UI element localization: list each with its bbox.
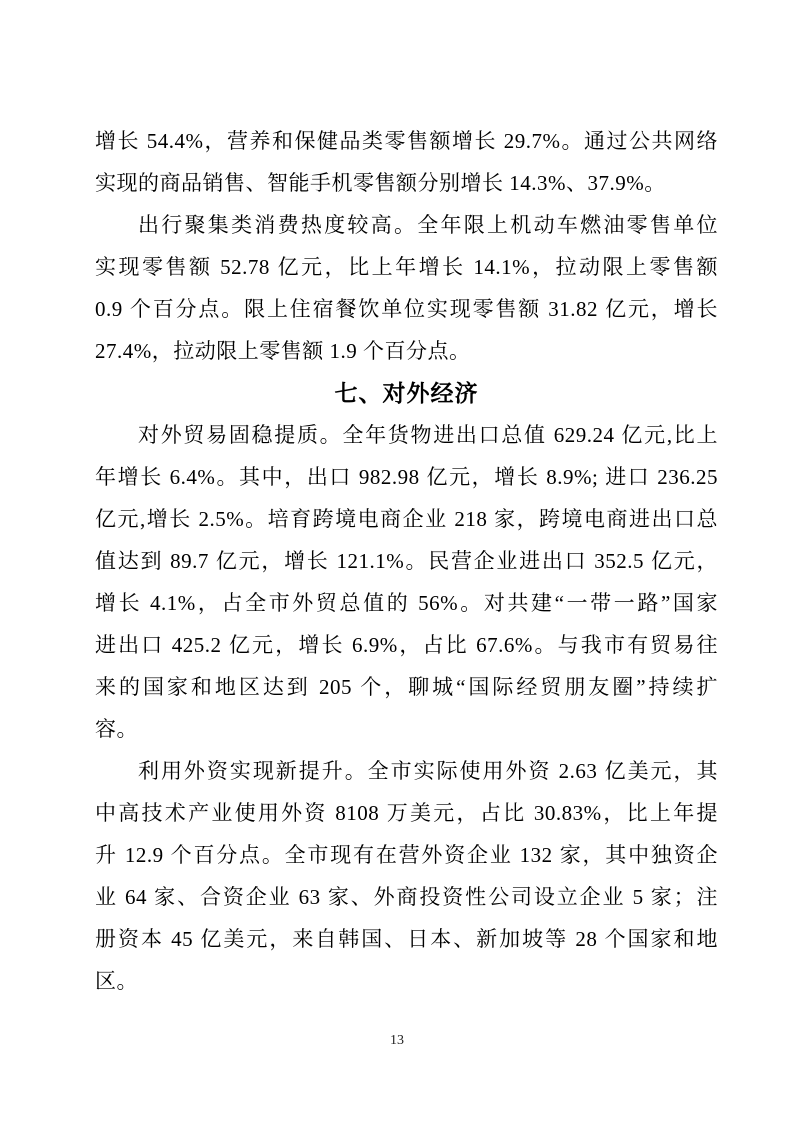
body-text-line: 年增长 6.4%。其中，出口 982.98 亿元，增长 8.9%; 进口 236… [95, 456, 718, 498]
body-text-line: 中高技术产业使用外资 8108 万美元，占比 30.83%，比上年提 [95, 792, 718, 834]
body-text-line: 来的国家和地区达到 205 个，聊城“国际经贸朋友圈”持续扩 [95, 666, 718, 708]
body-text-line: 对外贸易固稳提质。全年货物进出口总值 629.24 亿元,比上 [95, 414, 718, 456]
body-text-line: 27.4%，拉动限上零售额 1.9 个百分点。 [95, 330, 718, 372]
body-text-line: 容。 [95, 708, 718, 750]
body-text-line: 业 64 家、合资企业 63 家、外商投资性公司设立企业 5 家；注 [95, 876, 718, 918]
body-text-line: 值达到 89.7 亿元，增长 121.1%。民营企业进出口 352.5 亿元， [95, 540, 718, 582]
body-text-line: 升 12.9 个百分点。全市现有在营外资企业 132 家，其中独资企 [95, 834, 718, 876]
document-page: 增长 54.4%，营养和保健品类零售额增长 29.7%。通过公共网络 实现的商品… [0, 0, 794, 1123]
body-text-line: 册资本 45 亿美元，来自韩国、日本、新加坡等 28 个国家和地 [95, 918, 718, 960]
page-number: 13 [0, 1033, 794, 1049]
body-text-line: 增长 54.4%，营养和保健品类零售额增长 29.7%。通过公共网络 [95, 120, 718, 162]
body-text-line: 0.9 个百分点。限上住宿餐饮单位实现零售额 31.82 亿元，增长 [95, 288, 718, 330]
document-body: 增长 54.4%，营养和保健品类零售额增长 29.7%。通过公共网络 实现的商品… [95, 120, 718, 1002]
body-text-line: 利用外资实现新提升。全市实际使用外资 2.63 亿美元，其 [95, 750, 718, 792]
body-text-line: 区。 [95, 960, 718, 1002]
body-text-line: 出行聚集类消费热度较高。全年限上机动车燃油零售单位 [95, 204, 718, 246]
body-text-line: 增长 4.1%，占全市外贸总值的 56%。对共建“一带一路”国家 [95, 582, 718, 624]
body-text-line: 实现的商品销售、智能手机零售额分别增长 14.3%、37.9%。 [95, 162, 718, 204]
body-text-line: 进出口 425.2 亿元，增长 6.9%，占比 67.6%。与我市有贸易往 [95, 624, 718, 666]
section-heading: 七、对外经济 [95, 372, 718, 414]
body-text-line: 实现零售额 52.78 亿元，比上年增长 14.1%，拉动限上零售额 [95, 246, 718, 288]
body-text-line: 亿元,增长 2.5%。培育跨境电商企业 218 家，跨境电商进出口总 [95, 498, 718, 540]
